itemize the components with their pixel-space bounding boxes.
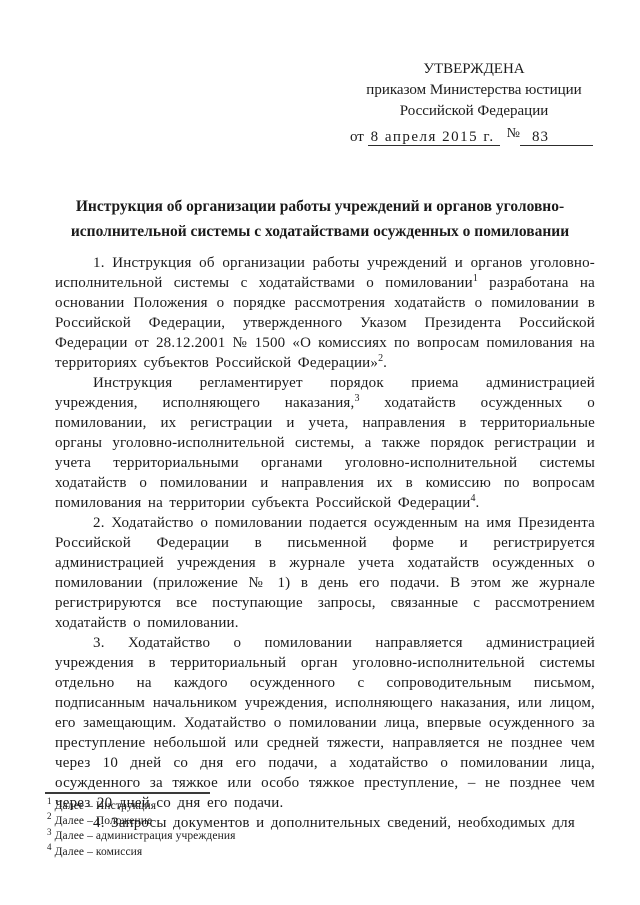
approval-block: УТВЕРЖДЕНА приказом Министерства юстиции… [350, 59, 598, 148]
paragraph-2-text: ходатайств осужденных о помиловании, их … [55, 395, 595, 511]
footnote-4: 4Далее – комиссия [47, 845, 236, 860]
paragraph-2-text: . [476, 495, 480, 511]
footnote-2-text: Далее – Положение [55, 815, 153, 827]
footnote-3: 3Далее – администрация учреждения [47, 829, 236, 844]
date-value: 8 апреля 2015 г. [368, 129, 500, 146]
approval-line-approved: УТВЕРЖДЕНА [350, 59, 598, 80]
footnotes-block: 1Далее – Инструкция 2Далее – Положение 3… [47, 799, 236, 860]
paragraph-4: 3. Ходатайство о помиловании направляетс… [55, 633, 595, 813]
approval-date-line: от 8 апреля 2015 г.№83 [350, 123, 598, 148]
footnote-1: 1Далее – Инструкция [47, 799, 236, 814]
approval-line-order: приказом Министерства юстиции [350, 80, 598, 101]
footnote-3-marker: 3 [47, 827, 52, 837]
document-title: Инструкция об организации работы учрежде… [70, 194, 570, 244]
footnote-3-text: Далее – администрация учреждения [55, 830, 236, 842]
document-page: УТВЕРЖДЕНА приказом Министерства юстиции… [0, 0, 640, 905]
document-body: 1. Инструкция об организации работы учре… [55, 253, 595, 833]
paragraph-3: 2. Ходатайство о помиловании подается ос… [55, 513, 595, 633]
footnote-2: 2Далее – Положение [47, 814, 236, 829]
footnote-1-text: Далее – Инструкция [55, 800, 157, 812]
number-sign: № [507, 123, 520, 144]
paragraph-1: 1. Инструкция об организации работы учре… [55, 253, 595, 373]
paragraph-1-text: . [383, 355, 387, 371]
number-value: 83 [520, 129, 593, 146]
footnote-4-marker: 4 [47, 842, 52, 852]
footnote-separator [45, 792, 210, 794]
date-prefix: от [350, 129, 364, 145]
paragraph-2: Инструкция регламентирует порядок приема… [55, 373, 595, 513]
footnote-1-marker: 1 [47, 796, 52, 806]
footnote-4-text: Далее – комиссия [55, 846, 143, 858]
footnote-2-marker: 2 [47, 811, 52, 821]
approval-line-federation: Российской Федерации [350, 101, 598, 122]
